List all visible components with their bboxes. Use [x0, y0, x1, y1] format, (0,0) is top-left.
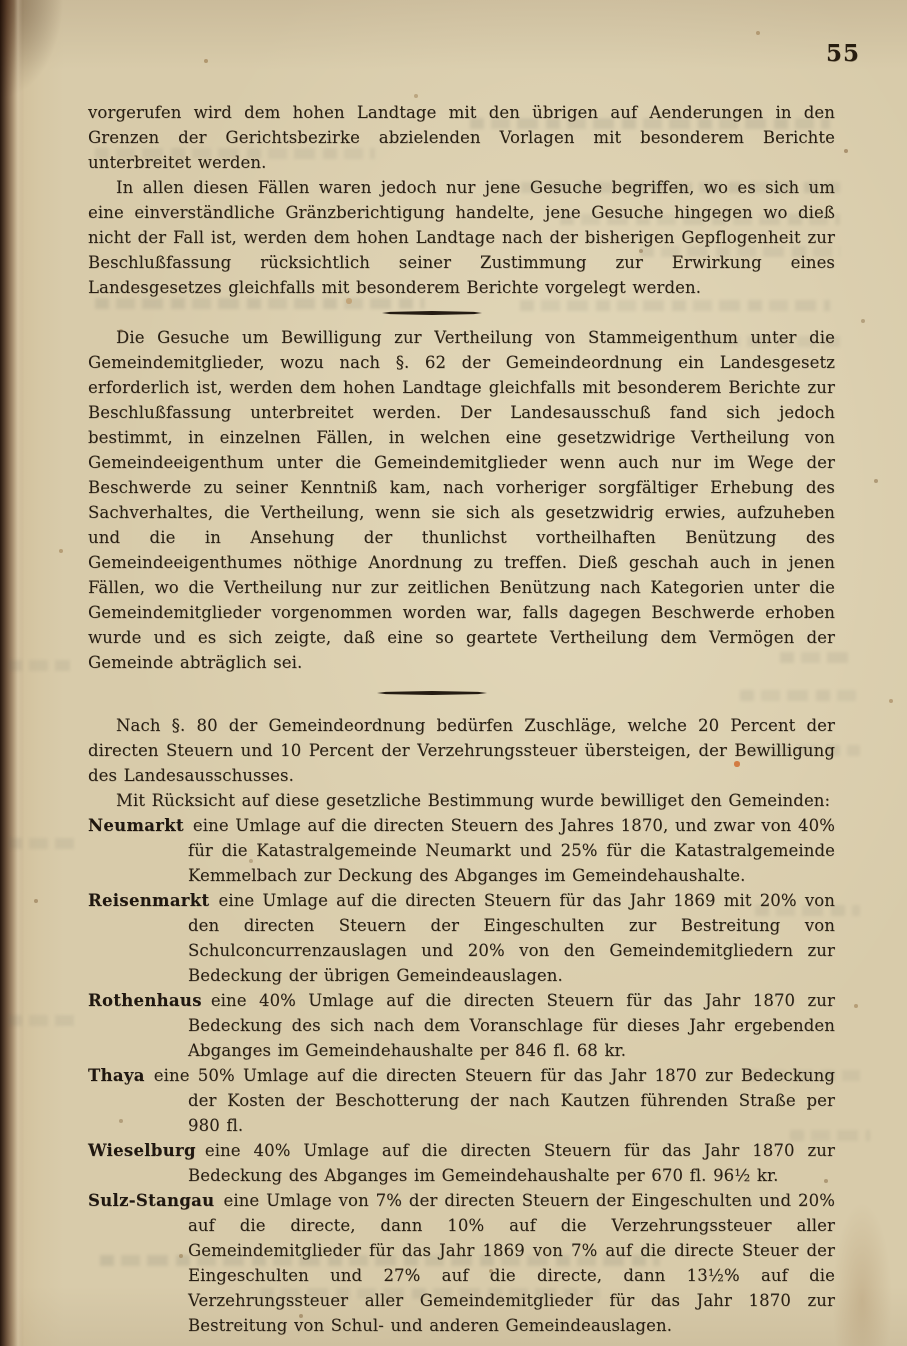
section-divider: [382, 311, 482, 315]
municipality-name: Rothenhaus: [88, 991, 202, 1010]
text-column: vorgerufen wird dem hohen Landtage mit d…: [88, 100, 835, 1338]
grant-entry: Wieselburgeine 40% Umlage auf die direct…: [88, 1138, 835, 1188]
municipality-name: Thaya: [88, 1066, 145, 1085]
entry-text: eine 40% Umlage auf die directen Steuern…: [188, 991, 835, 1060]
bleedthrough-text: [8, 838, 74, 849]
bleedthrough-text: [8, 660, 70, 671]
paragraph-continuation: vorgerufen wird dem hohen Landtage mit d…: [88, 100, 835, 175]
entry-text: eine 50% Umlage auf die directen Steuern…: [154, 1066, 835, 1135]
municipality-name: Reisenmarkt: [88, 891, 209, 910]
grant-entry: Sulz-Stangaueine Umlage von 7% der direc…: [88, 1188, 835, 1338]
entry-text: eine Umlage von 7% der directen Steuern …: [188, 1191, 835, 1335]
paper-foxing-speckles: [0, 0, 2, 2]
grant-entry: Thayaeine 50% Umlage auf die directen St…: [88, 1063, 835, 1138]
page-crease-highlight: [14, 0, 24, 1346]
bleedthrough-text: [8, 1015, 74, 1026]
scanned-document-page: 55 vorgerufen wird dem hohen Landtage mi…: [0, 0, 907, 1346]
municipality-name: Wieselburg: [88, 1141, 196, 1160]
page-number: 55: [826, 40, 860, 67]
paragraph-zuschlaege: Nach §. 80 der Gemeindeordnung bedürfen …: [88, 713, 835, 788]
entry-text: eine Umlage auf die directen Steuern für…: [188, 891, 835, 985]
grant-entry: Rothenhauseine 40% Umlage auf die direct…: [88, 988, 835, 1063]
municipality-name: Neumarkt: [88, 816, 184, 835]
paragraph-stammeigenthum: Die Gesuche um Bewilligung zur Vertheilu…: [88, 325, 835, 675]
municipality-name: Sulz-Stangau: [88, 1191, 214, 1210]
grant-entry: Neumarkteine Umlage auf die directen Ste…: [88, 813, 835, 888]
grant-entry: Reisenmarkteine Umlage auf die directen …: [88, 888, 835, 988]
section-divider: [377, 691, 487, 695]
paragraph-bewilligung-intro: Mit Rücksicht auf diese gesetzliche Best…: [88, 788, 835, 813]
entry-text: eine 40% Umlage auf die directen Steuern…: [188, 1141, 835, 1185]
book-binding-shadow: [0, 0, 64, 1346]
paragraph-boundary-cases: In allen diesen Fällen waren jedoch nur …: [88, 175, 835, 300]
entry-text: eine Umlage auf die directen Steuern des…: [188, 816, 835, 885]
